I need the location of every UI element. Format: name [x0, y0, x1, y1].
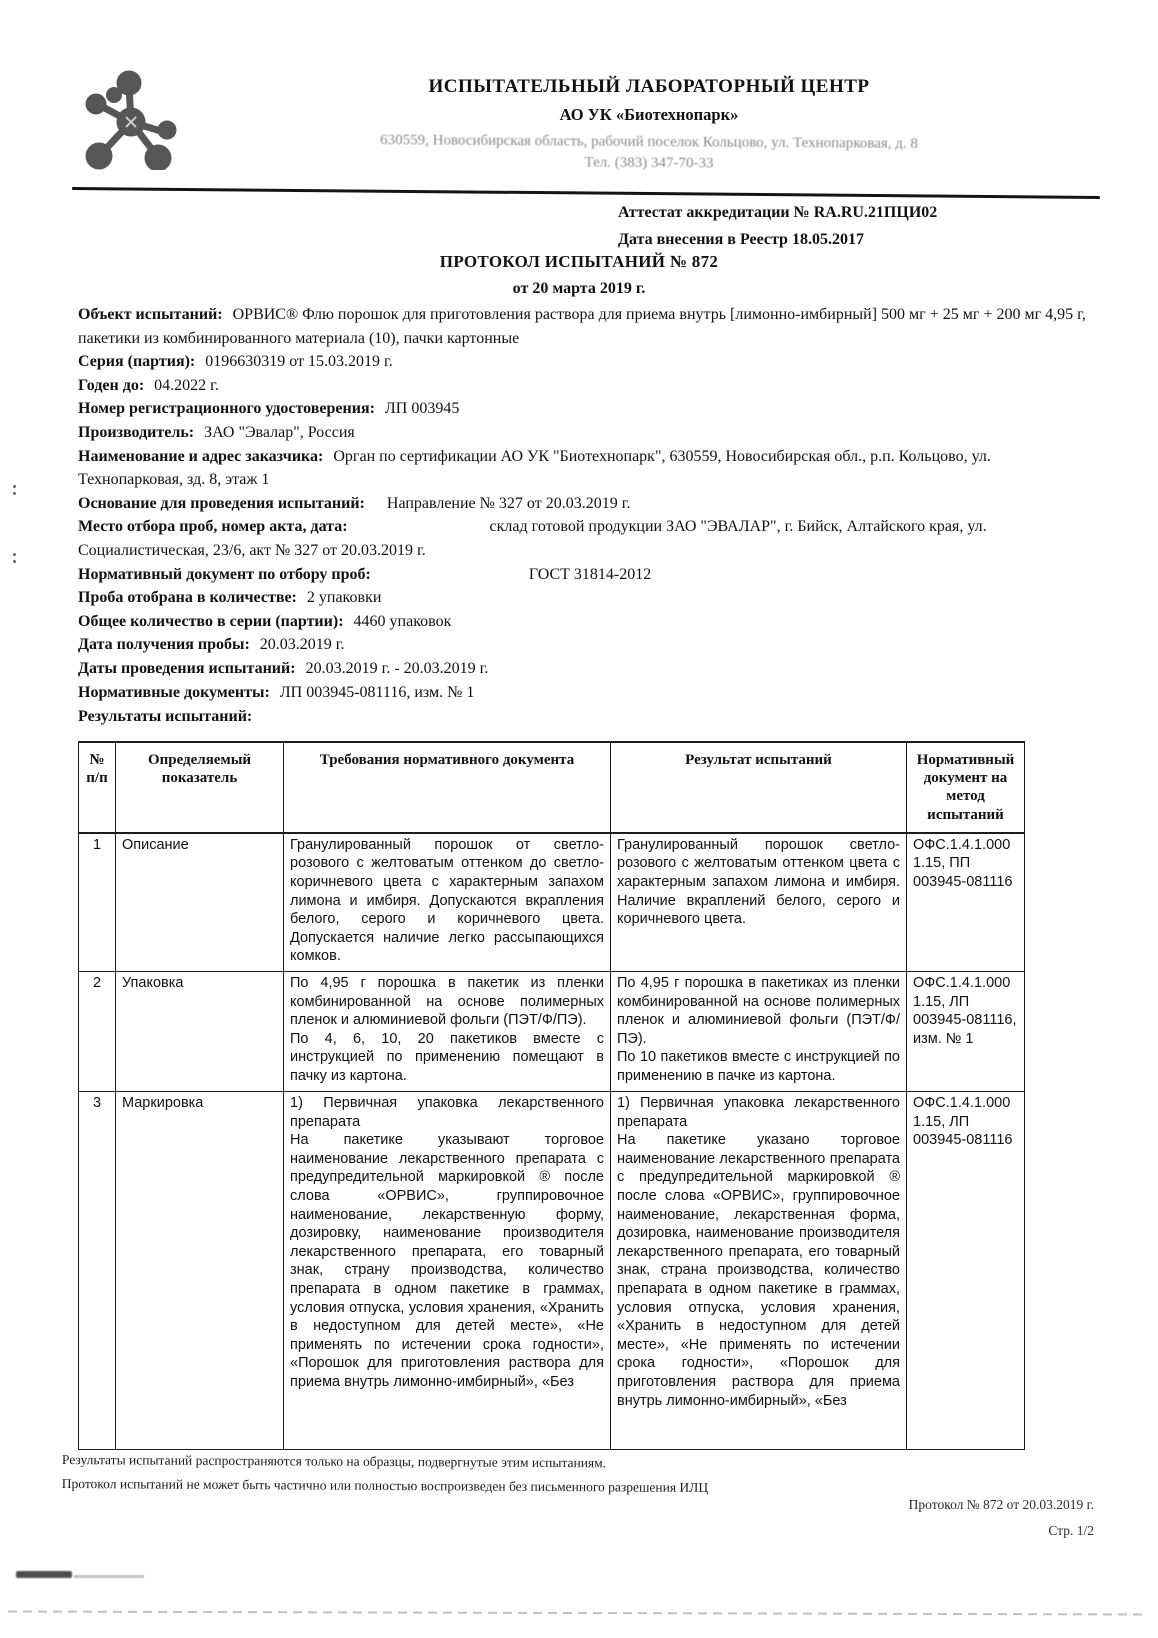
field-row: Нормативные документы:ЛП 003945-081116, …: [78, 681, 1092, 705]
lab-center-name: ИСПЫТАТЕЛЬНЫЙ ЛАБОРАТОРНЫЙ ЦЕНТР: [170, 76, 1128, 98]
field-label: Основание для проведения испытаний:: [78, 495, 365, 512]
field-label: Производитель:: [78, 424, 194, 441]
field-label: Проба отобрана в количестве:: [78, 589, 297, 606]
field-row: Наименование и адрес заказчика:Орган по …: [78, 445, 1092, 492]
field-row: Серия (партия):0196630319 от 15.03.2019 …: [78, 350, 1092, 374]
result-paragraph: По 10 пакетиков вместе с инструкцией по …: [617, 1048, 900, 1085]
field-label: Даты проведения испытаний:: [78, 660, 296, 677]
result-paragraph: На пакетике указано торговое наименовани…: [617, 1131, 900, 1410]
field-row: Основание для проведения испытаний:Напра…: [78, 492, 1092, 516]
result-paragraph: Гранулированный порошок светло-розового …: [617, 836, 900, 929]
cell-indicator: Маркировка: [116, 1092, 284, 1450]
results-section-label: Результаты испытаний:: [78, 705, 1092, 729]
table-row: 3 Маркировка 1) Первичная упаковка лекар…: [79, 1092, 1025, 1450]
cell-requirements: По 4,95 г порошка в пакетик из пленки ко…: [284, 972, 611, 1092]
document-body: Объект испытаний:ОРВИС® Флю порошок для …: [78, 303, 1092, 1450]
field-label: Наименование и адрес заказчика:: [78, 448, 323, 465]
field-row: Номер регистрационного удостоверения:ЛП …: [78, 397, 1092, 421]
cell-result: 1) Первичная упаковка лекарственного пре…: [611, 1092, 907, 1450]
field-row: Производитель:ЗАО "Эвалар", Россия: [78, 421, 1092, 445]
table-row: 1 Описание Гранулированный порошок от св…: [79, 833, 1025, 972]
column-header-indicator: Определяемый показатель: [116, 742, 284, 833]
cell-method-doc: ОФС.1.4.1.0001.15, ЛП 003945-081116, изм…: [907, 972, 1025, 1092]
accreditation-block: Аттестат аккредитации № RA.RU.21ПЦИ02 Да…: [618, 199, 937, 253]
field-label: Объект испытаний:: [78, 306, 223, 323]
requirement-paragraph: На пакетике указывают торговое наименова…: [290, 1131, 604, 1391]
field-value: 20.03.2019 г. - 20.03.2019 г.: [306, 660, 489, 677]
document-date: от 20 марта 2019 г.: [0, 280, 1158, 298]
cell-method-doc: ОФС.1.4.1.0001.15, ЛП 003945-081116: [907, 1092, 1025, 1450]
field-row: Проба отобрана в количестве:2 упаковки: [78, 586, 1092, 610]
company-phone: Тел. (383) 347-70-33: [170, 152, 1128, 176]
lab-logo-icon: [84, 70, 180, 170]
field-value: ОРВИС® Флю порошок для приготовления рас…: [78, 306, 1086, 347]
scan-artifact: [16, 1571, 72, 1578]
field-value: ЛП 003945: [385, 400, 459, 417]
cell-number: 3: [79, 1092, 116, 1450]
footer-note-reproduction: Протокол испытаний не может быть частичн…: [62, 1472, 708, 1500]
column-header-result: Результат испытаний: [611, 742, 907, 833]
field-value: 0196630319 от 15.03.2019 г.: [205, 353, 393, 370]
result-paragraph: 1) Первичная упаковка лекарственного пре…: [617, 1094, 900, 1131]
cell-number: 1: [79, 833, 116, 972]
accreditation-certificate: Аттестат аккредитации № RA.RU.21ПЦИ02: [618, 199, 937, 226]
header-divider: [72, 187, 1100, 199]
field-value: ГОСТ 31814-2012: [529, 566, 651, 583]
scan-artifact: [8, 1611, 1142, 1616]
cell-number: 2: [79, 972, 116, 1092]
cell-method-doc: ОФС.1.4.1.0001.15, ПП 003945-081116: [907, 833, 1025, 972]
results-table: № п/п Определяемый показатель Требования…: [78, 741, 1025, 1450]
company-address: 630559, Новосибирская область, рабочий п…: [170, 131, 1128, 155]
column-header-method: Нормативный документ на метод испытаний: [907, 742, 1025, 833]
column-header-requirements: Требования нормативного документа: [284, 742, 611, 833]
cell-indicator: Описание: [116, 833, 284, 972]
field-value: ЗАО "Эвалар", Россия: [204, 424, 355, 441]
requirement-paragraph: 1) Первичная упаковка лекарственного пре…: [290, 1094, 604, 1131]
field-row: Нормативный документ по отбору проб:ГОСТ…: [78, 563, 1092, 587]
scanned-protocol-page: ИСПЫТАТЕЛЬНЫЙ ЛАБОРАТОРНЫЙ ЦЕНТР АО УК «…: [0, 0, 1158, 1638]
field-label: Годен до:: [78, 377, 144, 394]
page-number: Стр. 1/2: [909, 1518, 1094, 1544]
field-row: Дата получения пробы:20.03.2019 г.: [78, 633, 1092, 657]
requirement-paragraph: По 4, 6, 10, 20 пакетиков вместе с инстр…: [290, 1030, 604, 1086]
footer-notes: Результаты испытаний распространяются то…: [62, 1448, 709, 1500]
footer-reference: Протокол № 872 от 20.03.2019 г. Стр. 1/2: [909, 1492, 1094, 1544]
scan-artifact: [13, 492, 16, 495]
field-value: ЛП 003945-081116, изм. № 1: [280, 684, 475, 701]
field-value: Направление № 327 от 20.03.2019 г.: [387, 495, 631, 512]
field-value: 20.03.2019 г.: [260, 636, 345, 653]
table-row: 2 Упаковка По 4,95 г порошка в пакетик и…: [79, 972, 1025, 1092]
registry-date: Дата внесения в Реестр 18.05.2017: [618, 226, 937, 253]
field-label: Номер регистрационного удостоверения:: [78, 400, 375, 417]
requirement-paragraph: По 4,95 г порошка в пакетик из пленки ко…: [290, 974, 604, 1030]
letterhead: ИСПЫТАТЕЛЬНЫЙ ЛАБОРАТОРНЫЙ ЦЕНТР АО УК «…: [170, 76, 1128, 172]
field-row: Место отбора проб, номер акта, дата:скла…: [78, 515, 1092, 562]
field-row: Годен до:04.2022 г.: [78, 374, 1092, 398]
cell-requirements: 1) Первичная упаковка лекарственного пре…: [284, 1092, 611, 1450]
column-header-number: № п/п: [79, 742, 116, 833]
table-header-row: № п/п Определяемый показатель Требования…: [79, 742, 1025, 833]
result-paragraph: По 4,95 г порошка в пакетиках из пленки …: [617, 974, 900, 1048]
scan-artifact: [13, 553, 16, 556]
requirement-paragraph: Гранулированный порошок от светло-розово…: [290, 836, 604, 966]
field-value: 4460 упаковок: [354, 613, 452, 630]
field-row: Общее количество в серии (партии):4460 у…: [78, 610, 1092, 634]
scan-artifact: [74, 1575, 144, 1578]
company-name: АО УК «Биотехнопарк»: [170, 105, 1128, 125]
field-row: Объект испытаний:ОРВИС® Флю порошок для …: [78, 303, 1092, 350]
cell-requirements: Гранулированный порошок от светло-розово…: [284, 833, 611, 972]
cell-result: По 4,95 г порошка в пакетиках из пленки …: [611, 972, 907, 1092]
field-label: Серия (партия):: [78, 353, 195, 370]
document-title: ПРОТОКОЛ ИСПЫТАНИЙ № 872: [0, 252, 1158, 272]
field-label: Место отбора проб, номер акта, дата:: [78, 518, 348, 535]
scan-artifact: [13, 485, 16, 488]
field-label: Общее количество в серии (партии):: [78, 613, 344, 630]
field-label: Нормативный документ по отбору проб:: [78, 566, 371, 583]
field-value: 2 упаковки: [307, 589, 382, 606]
cell-result: Гранулированный порошок светло-розового …: [611, 833, 907, 972]
field-label: Дата получения пробы:: [78, 636, 250, 653]
field-label: Нормативные документы:: [78, 684, 270, 701]
document-title-block: ПРОТОКОЛ ИСПЫТАНИЙ № 872 от 20 марта 201…: [0, 252, 1158, 298]
cell-indicator: Упаковка: [116, 972, 284, 1092]
field-value: 04.2022 г.: [154, 377, 219, 394]
scan-artifact: [13, 560, 16, 563]
protocol-reference: Протокол № 872 от 20.03.2019 г.: [909, 1492, 1094, 1518]
field-row: Даты проведения испытаний:20.03.2019 г. …: [78, 657, 1092, 681]
